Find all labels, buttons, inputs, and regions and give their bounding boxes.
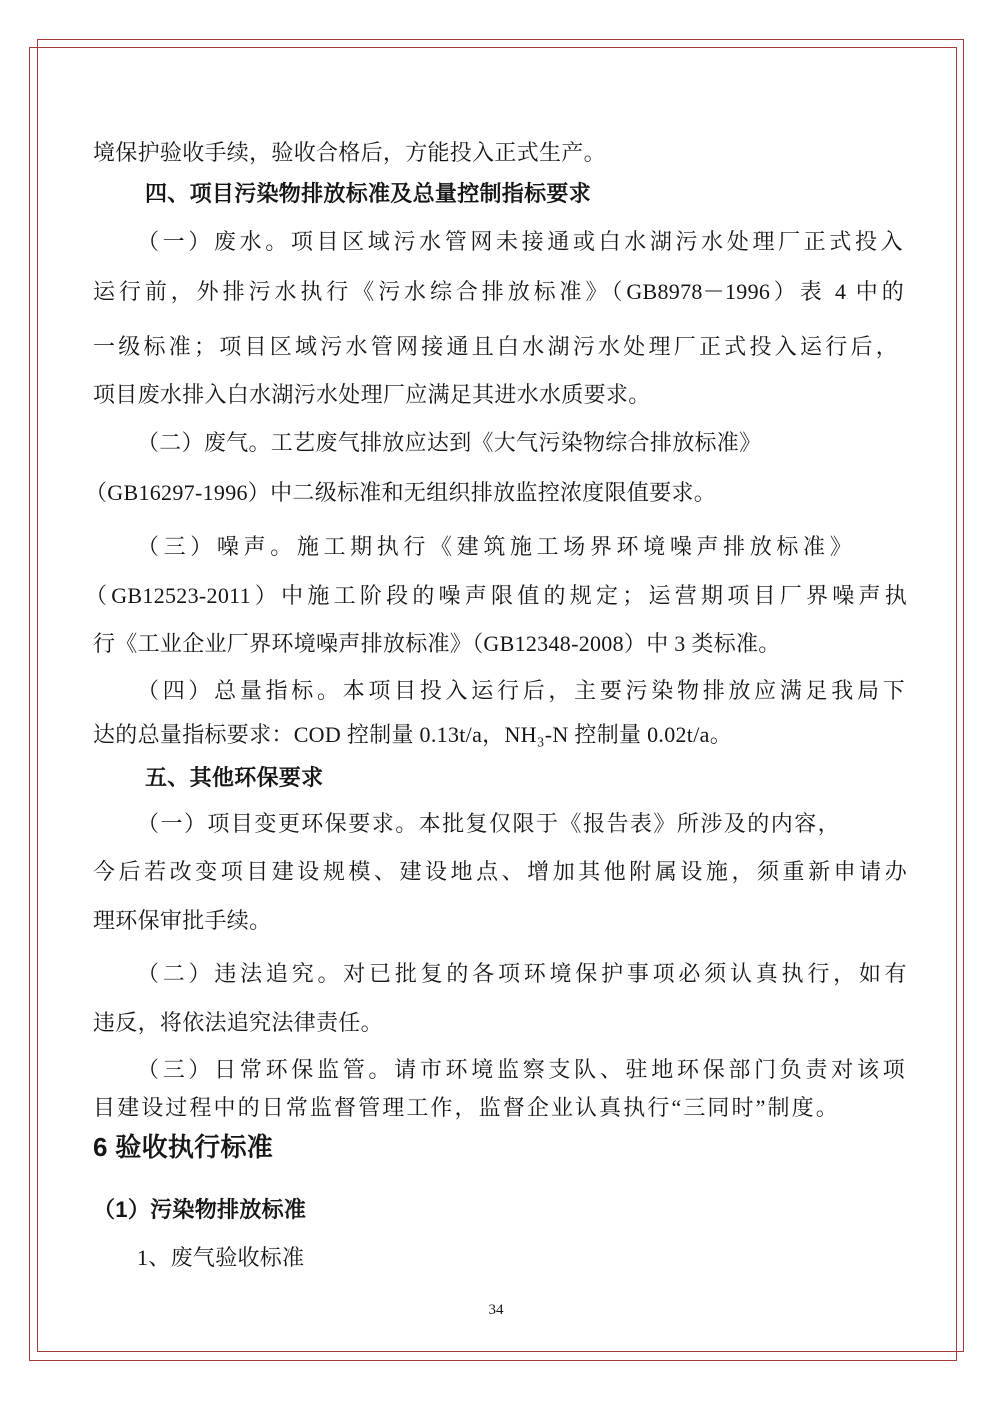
section-heading-5: 五、其他环保要求 (145, 763, 323, 793)
section-heading-4: 四、项目污染物排放标准及总量控制指标要求 (145, 179, 591, 209)
text-line: 项目废水排入白水湖污水处理厂应满足其进水水质要求。 (93, 380, 651, 410)
text-line: （一）项目变更环保要求。本批复仅限于《报告表》所涉及的内容， (137, 809, 840, 839)
text-line: （三）日常环保监管。请市环境监察支队、驻地环保部门负责对该项 (137, 1055, 905, 1085)
text-line: （二）违法追究。对已批复的各项环境保护事项必须认真执行，如有 (137, 959, 907, 989)
text-line: 目建设过程中的日常监督管理工作，监督企业认真执行“三同时”制度。 (93, 1093, 838, 1123)
text-line: 行《工业企业厂界环境噪声排放标准》（GB12348-2008）中 3 类标准。 (93, 629, 781, 659)
text-line: （GB16297-1996）中二级标准和无组织排放监控浓度限值要求。 (85, 478, 716, 508)
text-line: （四）总量指标。本项目投入运行后，主要污染物排放应满足我局下 (137, 676, 905, 706)
text-line: （三）噪声。施工期执行《建筑施工场界环境噪声排放标准》 (137, 532, 852, 562)
text-line: （二）废气。工艺废气排放应达到《大气污染物综合排放标准》 (137, 428, 761, 458)
text-line: 违反，将依法追究法律责任。 (93, 1008, 383, 1038)
chapter-heading-6: 6 验收执行标准 (93, 1130, 273, 1164)
text-line: （GB12523-2011）中施工阶段的噪声限值的规定；运营期项目厂界噪声执 (85, 581, 907, 611)
text-line: 今后若改变项目建设规模、建设地点、增加其他附属设施，须重新申请办 (93, 857, 907, 887)
document-page: { "page": { "border_color": "#a63b3b", "… (0, 0, 992, 1403)
text-line: 达的总量指标要求：COD 控制量 0.13t/a，NH₃-N 控制量 0.02t… (93, 720, 732, 750)
text-line: 理环保审批手续。 (93, 906, 271, 936)
text-line: 境保护验收手续，验收合格后，方能投入正式生产。 (93, 138, 606, 168)
list-item-waste-gas-standard: 1、废气验收标准 (137, 1243, 304, 1273)
text-line: （一）废水。项目区域污水管网未接通或白水湖污水处理厂正式投入 (137, 227, 903, 257)
page-number: 34 (0, 1300, 992, 1320)
text-line: 一级标准；项目区域污水管网接通且白水湖污水处理厂正式投入运行后， (93, 332, 898, 362)
text-line: 运行前，外排污水执行《污水综合排放标准》（GB8978－1996）表 4 中的 (93, 277, 904, 307)
subheading-pollutant-standards: （1）污染物排放标准 (93, 1195, 306, 1225)
